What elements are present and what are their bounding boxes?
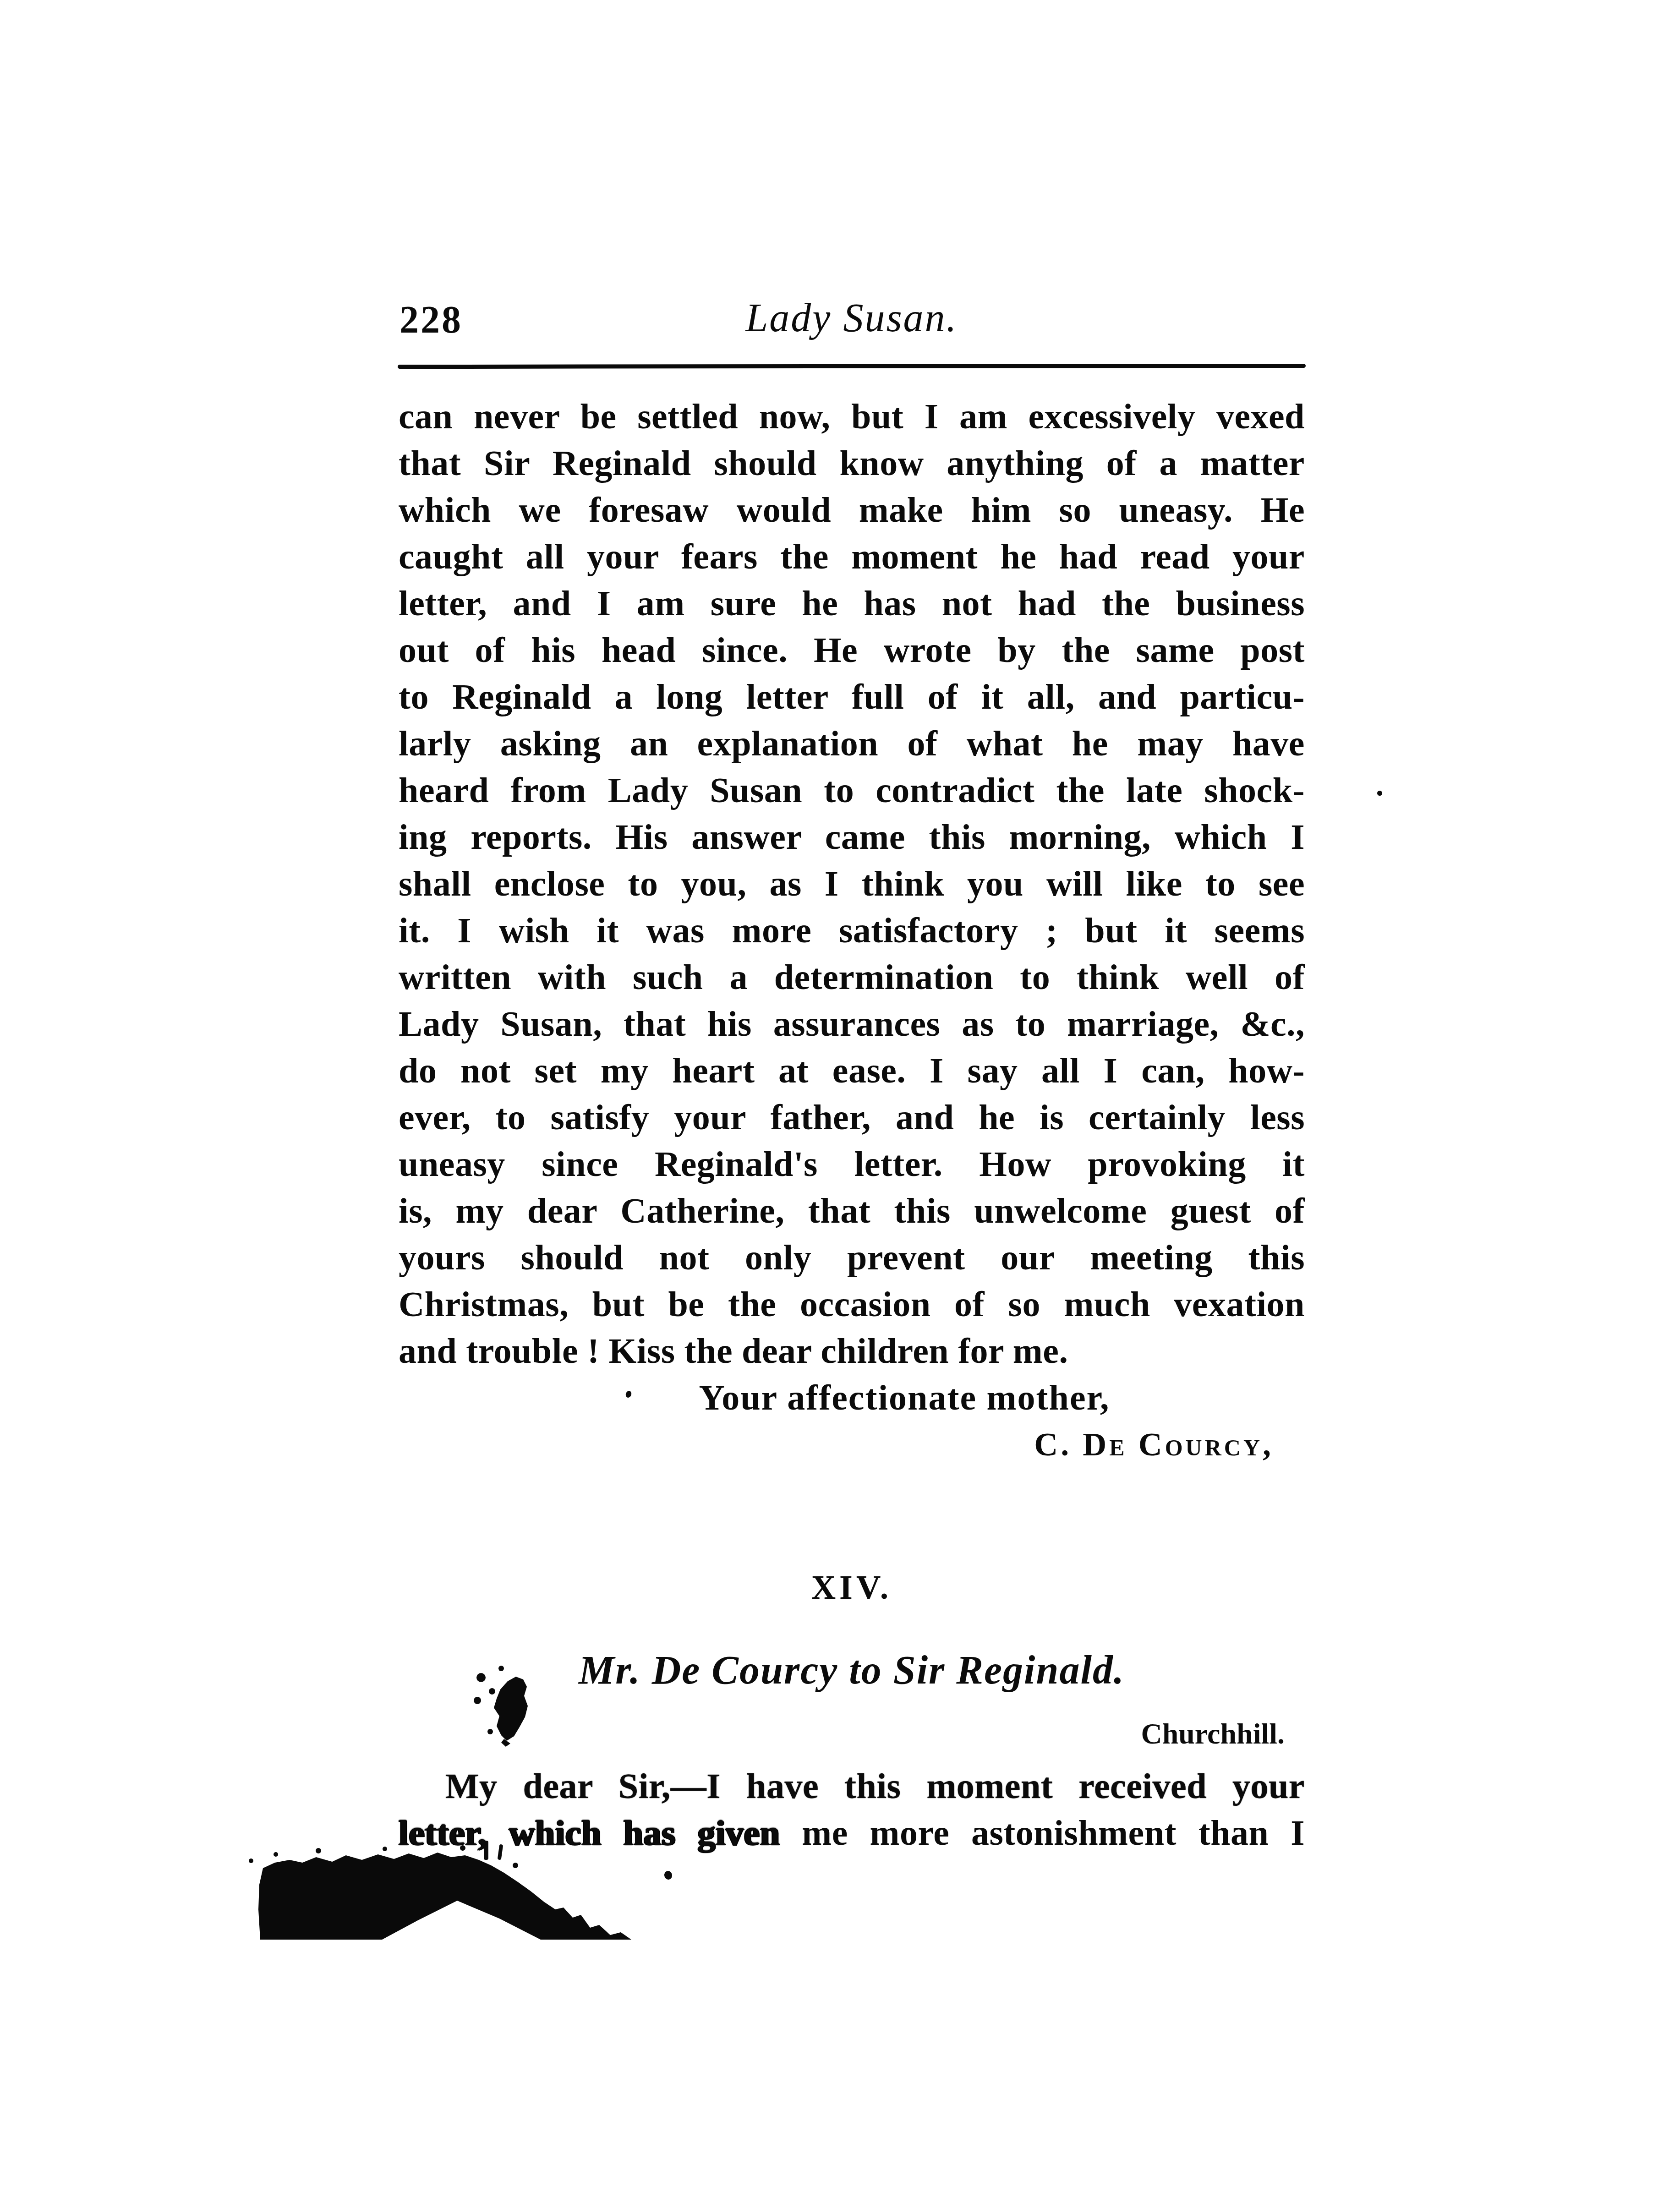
body-line: and trouble ! Kiss the dear children for… <box>399 1328 1305 1374</box>
body-line: larly asking an explanation of what he m… <box>399 720 1305 767</box>
body-line: out of his head since. He wrote by the s… <box>399 627 1305 673</box>
header-rule <box>398 364 1306 369</box>
body-line: ever, to satisfy your father, and he is … <box>399 1094 1305 1141</box>
body-line: it. I wish it was more satisfactory ; bu… <box>399 907 1305 954</box>
running-header-title: Lady Susan. <box>399 295 1305 341</box>
section-number: XIV. <box>399 1569 1305 1607</box>
body-line: shall enclose to you, as I think you wil… <box>399 860 1305 907</box>
body-line: yours should not only prevent our meetin… <box>399 1234 1305 1281</box>
body-line: ing reports. His answer came this mornin… <box>399 814 1305 860</box>
body-line: to Reginald a long letter full of it all… <box>399 673 1305 720</box>
body-line: uneasy since Reginald's letter. How prov… <box>399 1141 1305 1187</box>
right-margin-speck-icon <box>1377 791 1382 796</box>
letter-body: can never be settled now, but I am exces… <box>399 393 1305 1468</box>
valediction: Your affectionate mother, <box>399 1374 1305 1421</box>
body-line: written with such a determination to thi… <box>399 954 1305 1000</box>
body-line: which we foresaw would make him so uneas… <box>399 487 1305 533</box>
body-line: do not set my heart at ease. I say all I… <box>399 1047 1305 1094</box>
body-line: letter, and I am sure he has not had the… <box>399 580 1305 627</box>
body-line: heard from Lady Susan to contradict the … <box>399 767 1305 814</box>
scanned-book-page: 228 Lady Susan. can never be settled now… <box>0 0 1680 2203</box>
body-line: My dear Sir,—I have this moment received… <box>399 1763 1305 1809</box>
body-line: Lady Susan, that his assurances as to ma… <box>399 1000 1305 1047</box>
signature: C. De Courcy, <box>399 1421 1305 1468</box>
body-line: that Sir Reginald should know anything o… <box>399 440 1305 487</box>
body-line: caught all your fears the moment he had … <box>399 533 1305 580</box>
small-ink-blot-icon <box>472 1663 536 1748</box>
ink-dot-icon <box>663 1870 673 1880</box>
body-line: is, my dear Catherine, that this unwelco… <box>399 1187 1305 1234</box>
body-line: can never be settled now, but I am exces… <box>399 393 1305 440</box>
body-line-rest: me more astonishment than I <box>780 1813 1305 1853</box>
large-ink-blot-icon <box>247 1841 660 1946</box>
body-line: Christmas, but be the occasion of so muc… <box>399 1281 1305 1328</box>
